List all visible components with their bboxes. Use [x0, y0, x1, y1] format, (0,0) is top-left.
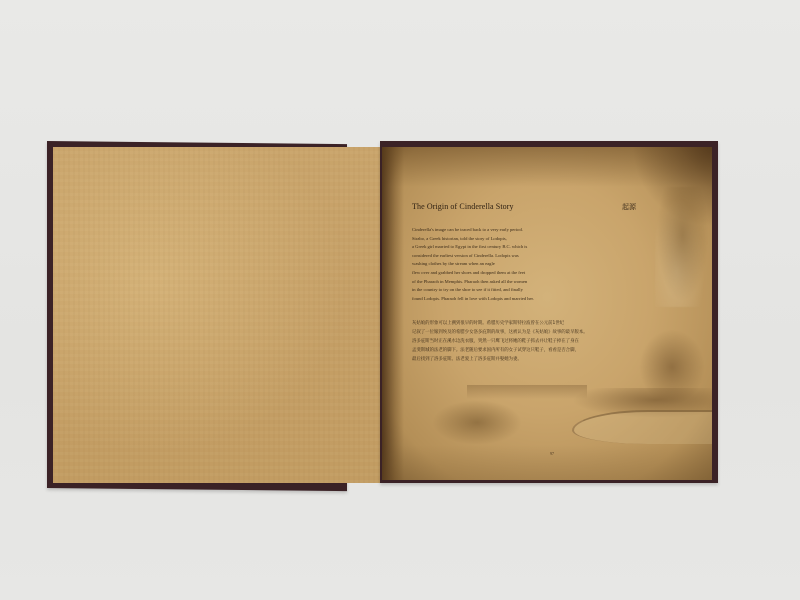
right-page: The Origin of Cinderella Story 起源 Cinder… [382, 147, 712, 480]
text-line: washing clothes by the stream when an ea… [412, 260, 612, 269]
title-chinese: 起源 [622, 202, 636, 212]
text-line: considered the earliest version of Cinde… [412, 252, 612, 261]
text-line: in the country to try on the shoe to see… [412, 286, 612, 295]
landscape-illustration [422, 370, 712, 480]
page-number: 97 [550, 451, 554, 456]
text-line: 洛多庇斯当时正在溪水边洗衣服，突然一只鹰飞过将她的鞋子抓去并让鞋子掉在了身在 [412, 337, 692, 346]
chinese-paragraph: 灰姑娘的形象可以上溯到很早的时期。希腊历史学家斯特拉波曾在公元前1世纪 记叙了一… [412, 319, 692, 364]
title-english: The Origin of Cinderella Story [412, 202, 514, 211]
text-line: Strabo, a Greek historian, told the stor… [412, 235, 612, 244]
text-line: 灰姑娘的形象可以上溯到很早的时期。希腊历史学家斯特拉波曾在公元前1世纪 [412, 319, 692, 328]
tree-illustration [655, 187, 710, 307]
text-line: 记叙了一位嫁到埃及的希腊少女洛多庇斯的故事，这被认为是《灰姑娘》故事的最早版本。 [412, 328, 692, 337]
text-line: of the Pharaoh in Memphis. Pharaoh then … [412, 278, 612, 287]
text-line: 最后找到了洛多庇斯。法老爱上了洛多庇斯并娶她为妻。 [412, 355, 692, 364]
photo-scene: The Origin of Cinderella Story 起源 Cinder… [0, 0, 800, 600]
text-line: a Greek girl married to Egypt in the fir… [412, 243, 612, 252]
left-page-endpaper [53, 147, 383, 483]
text-line: found Lodopis. Pharaoh fell in love with… [412, 295, 612, 304]
text-line: Cinderella's image can be traced back to… [412, 226, 612, 235]
text-line: 孟斐斯城的法老的脚下。法老随后要求国内所有的女子试穿这只鞋子，看看是否合脚， [412, 346, 692, 355]
english-paragraph: Cinderella's image can be traced back to… [412, 226, 612, 303]
page-heading: The Origin of Cinderella Story 起源 [412, 202, 642, 212]
pond [572, 410, 712, 444]
far-bank [467, 385, 587, 399]
gutter-shadow [382, 147, 404, 480]
ground [382, 445, 712, 480]
left-bushes [432, 400, 522, 445]
text-line: flew over and grabbed her shoes and drop… [412, 269, 612, 278]
